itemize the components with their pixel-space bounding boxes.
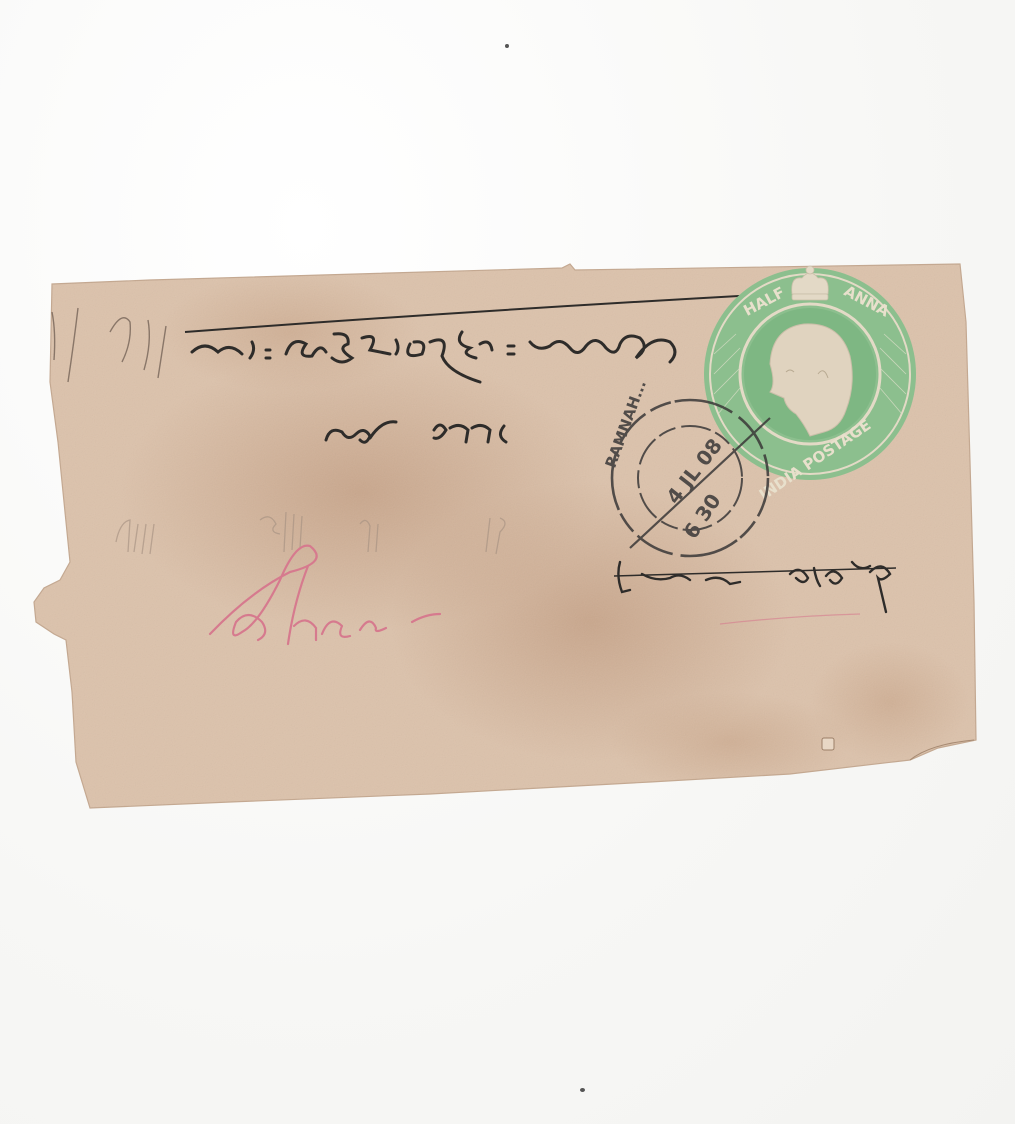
envelope: HALF ANNA INDIA POSTAGE RAMNAH... 4 JL 0…	[30, 262, 978, 810]
dust-speck	[505, 44, 509, 48]
envelope-graphic: HALF ANNA INDIA POSTAGE RAMNAH... 4 JL 0…	[30, 262, 978, 810]
dust-speck	[580, 1088, 585, 1092]
